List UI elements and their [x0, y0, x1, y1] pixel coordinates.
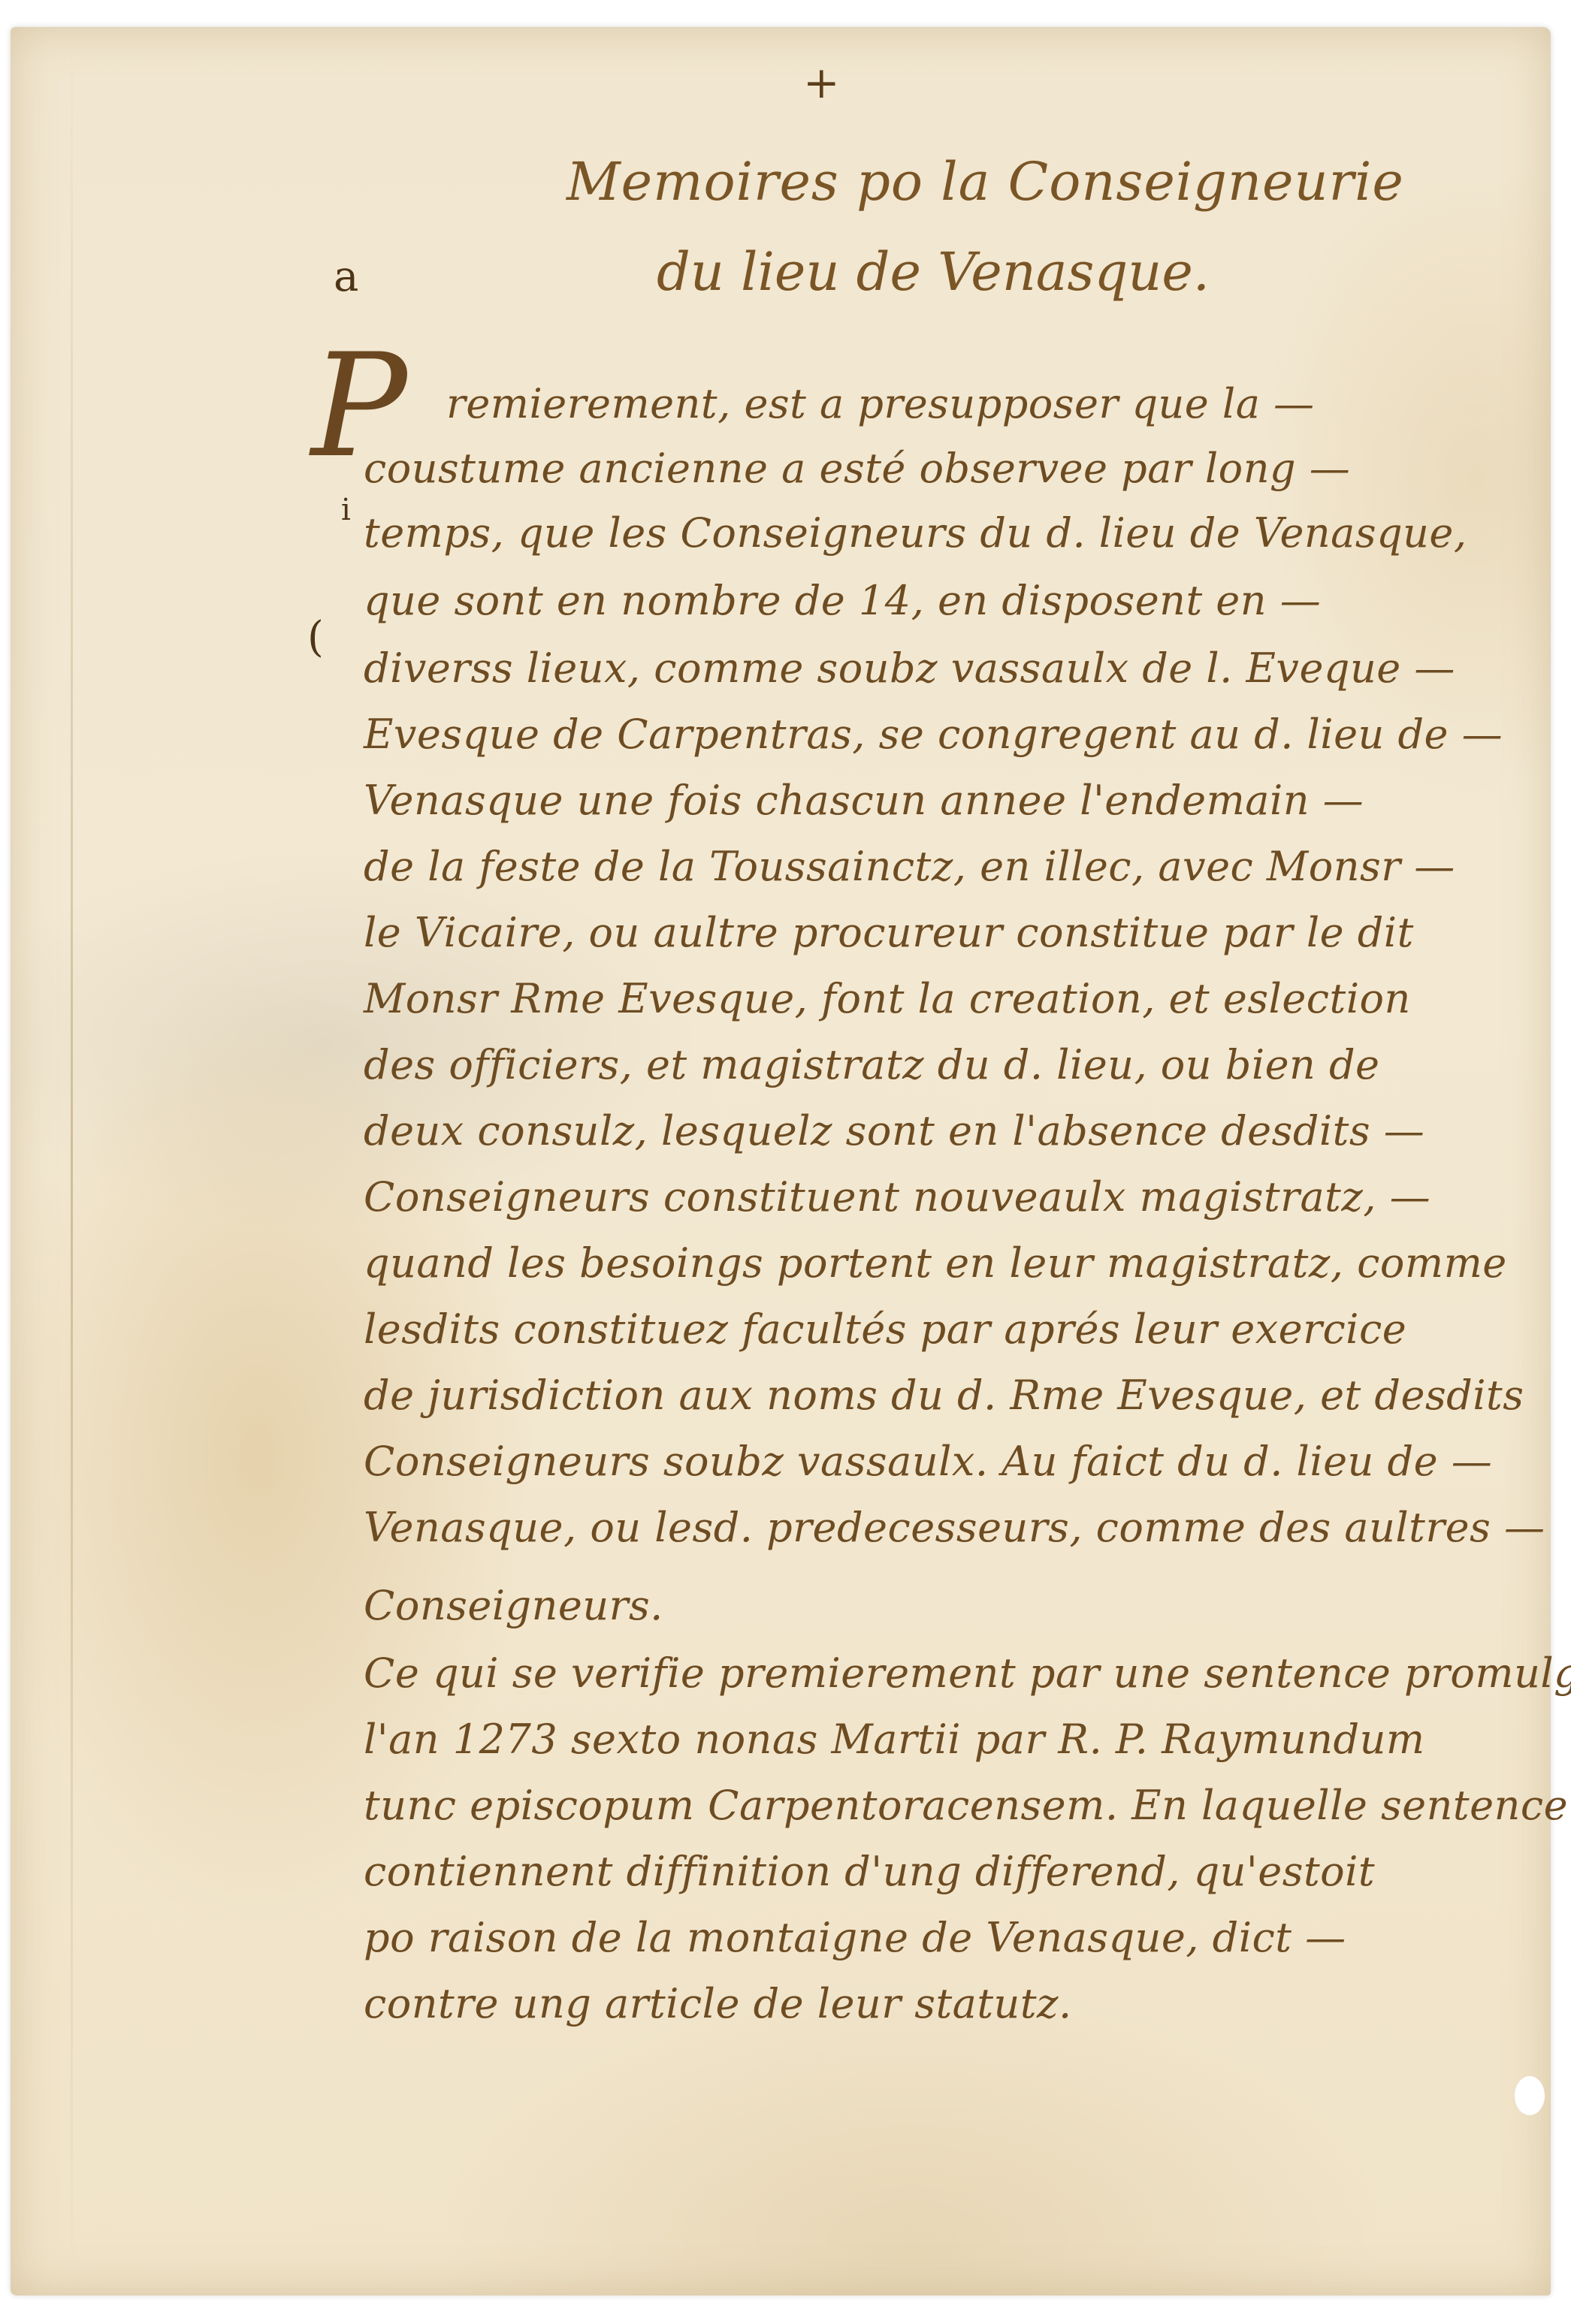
cross-mark: + [803, 57, 840, 108]
paper-hole [1515, 2076, 1545, 2115]
text-line: quand les besoings portent en leur magis… [364, 1239, 1507, 1287]
text-line: tunc episcopum Carpentoracensem. En laqu… [364, 1782, 1571, 1829]
document-title-line-1: Memoires po la Conseigneurie [566, 151, 1404, 213]
manuscript-page: + Memoires po la Conseigneurie du lieu d… [11, 27, 1551, 2295]
text-line: le Vicaire, ou aultre procureur constitu… [364, 909, 1414, 956]
page-fold-line [71, 27, 73, 2295]
text-line: que sont en nombre de 14, en disposent e… [364, 577, 1321, 624]
text-line: Conseigneurs. [364, 1582, 663, 1629]
text-line: contiennent diffinition d'ung differend,… [364, 1848, 1375, 1895]
margin-ink-bracket: ( [307, 613, 324, 662]
text-line: Venasque une fois chascun annee l'endema… [364, 777, 1364, 824]
text-line: temps, que les Conseigneurs du d. lieu d… [364, 509, 1467, 557]
document-title-line-2: du lieu de Venasque. [657, 241, 1210, 303]
text-line: coustume ancienne a esté observee par lo… [364, 445, 1350, 492]
text-line: diverss lieux, comme soubz vassaulx de l… [364, 644, 1455, 692]
text-line: deux consulz, lesquelz sont en l'absence… [364, 1107, 1424, 1154]
text-line: lesdits constituez facultés par aprés le… [364, 1305, 1406, 1353]
text-line: Evesque de Carpentras, se congregent au … [364, 711, 1503, 758]
text-line: po raison de la montaigne de Venasque, d… [364, 1914, 1346, 1961]
text-line: Venasque, ou lesd. predecesseurs, comme … [364, 1504, 1545, 1551]
text-line: Monsr Rme Evesque, font la creation, et … [364, 975, 1411, 1022]
text-line: de jurisdiction aux noms du d. Rme Evesq… [364, 1372, 1524, 1419]
margin-ink-blot: a [334, 252, 358, 301]
text-line: l'an 1273 sexto nonas Martii par R. P. R… [364, 1716, 1425, 1763]
text-line: remierement, est a presupposer que la — [446, 380, 1315, 427]
text-line: contre ung article de leur statutz. [364, 1980, 1072, 2027]
text-line: Ce qui se verifie premierement par une s… [364, 1649, 1571, 1697]
text-line: Conseigneurs constituent nouveaulx magis… [364, 1173, 1431, 1221]
text-line: de la feste de la Toussainctz, en illec,… [364, 843, 1455, 890]
text-line: des officiers, et magistratz du d. lieu,… [364, 1041, 1380, 1088]
margin-ink-mark: i [341, 493, 351, 527]
text-line: Conseigneurs soubz vassaulx. Au faict du… [364, 1438, 1492, 1485]
